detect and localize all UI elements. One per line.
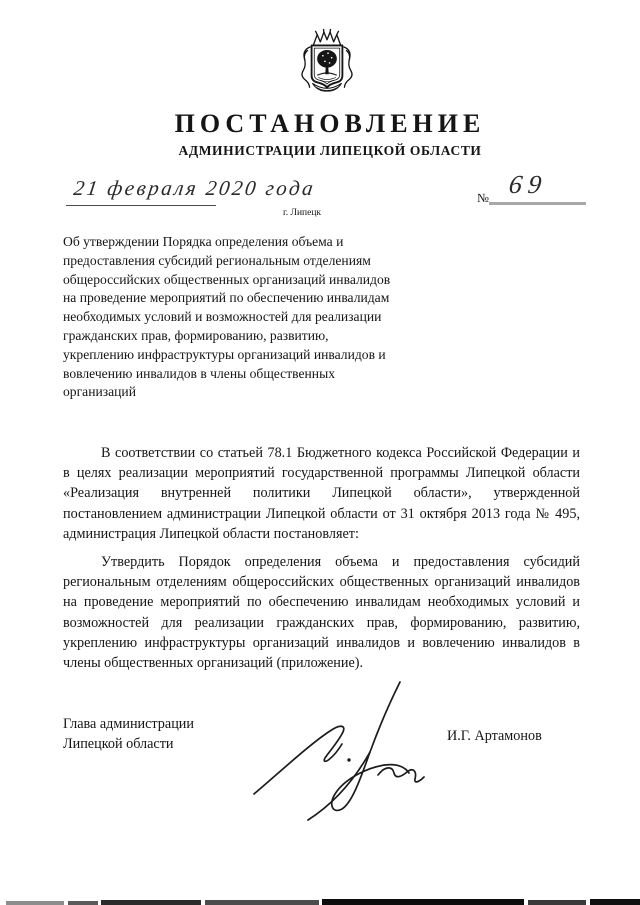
number-label: № bbox=[477, 191, 489, 206]
handwritten-date: 21 февраля 2020 года bbox=[72, 176, 317, 201]
document-title: ПОСТАНОВЛЕНИЕ bbox=[10, 109, 640, 139]
date-underline bbox=[66, 205, 216, 206]
handwritten-number: 69 bbox=[507, 170, 549, 200]
signer-position-line1: Глава администрации bbox=[63, 714, 194, 734]
document-page: ПОСТАНОВЛЕНИЕ АДМИНИСТРАЦИИ ЛИПЕЦКОЙ ОБЛ… bbox=[0, 0, 640, 905]
body-paragraph-1: В соответствии со статьей 78.1 Бюджетног… bbox=[63, 443, 580, 544]
signer-position: Глава администрации Липецкой области bbox=[63, 714, 194, 754]
signer-position-line2: Липецкой области bbox=[63, 734, 194, 754]
signer-name: И.Г. Артамонов bbox=[447, 728, 542, 745]
body-paragraph-2: Утвердить Порядок определения объема и п… bbox=[63, 552, 580, 673]
scan-artifact-bar bbox=[0, 897, 640, 905]
document-subtitle: АДМИНИСТРАЦИИ ЛИПЕЦКОЙ ОБЛАСТИ bbox=[10, 143, 640, 159]
decree-subject: Об утверждении Порядка определения объем… bbox=[63, 233, 401, 402]
lipetsk-coat-of-arms-icon bbox=[291, 29, 363, 105]
city-label: г. Липецк bbox=[252, 208, 352, 218]
decree-body: В соответствии со статьей 78.1 Бюджетног… bbox=[63, 443, 580, 673]
number-underline bbox=[489, 202, 586, 205]
signature-scribble-icon bbox=[250, 676, 436, 822]
